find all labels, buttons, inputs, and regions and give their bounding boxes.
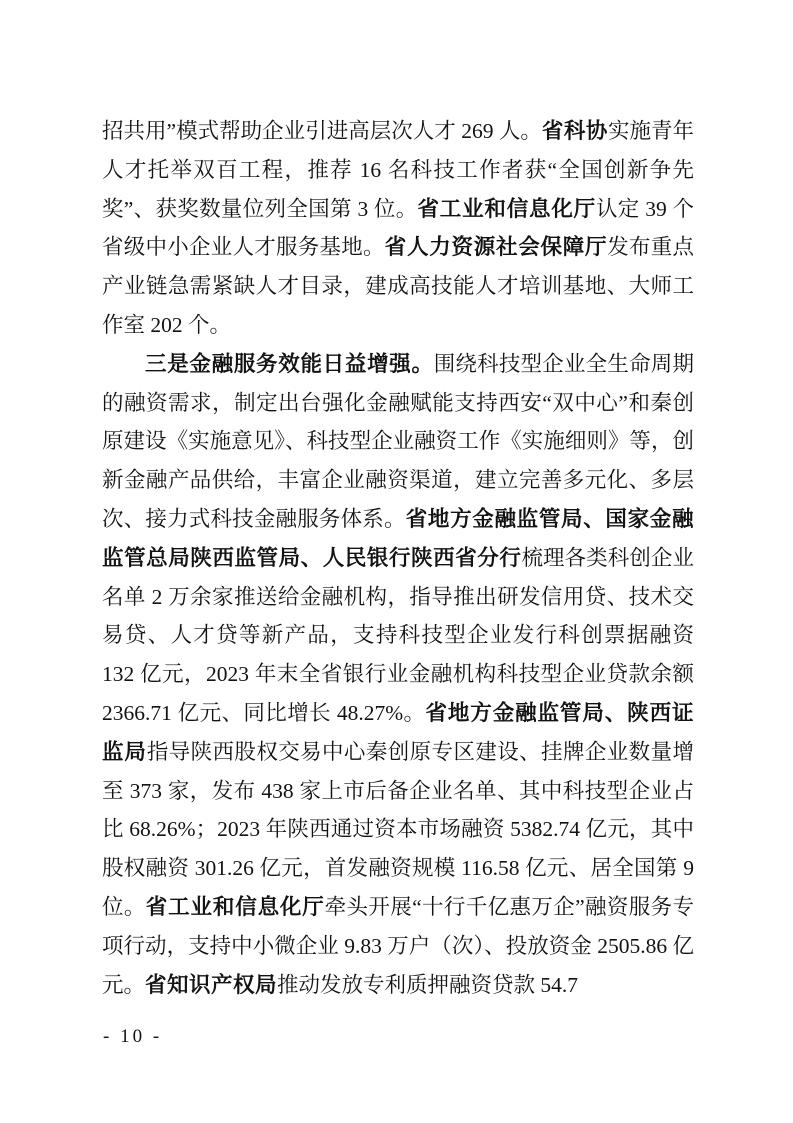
org-name-bold-run: 省工业和信息化厅 (146, 895, 325, 919)
org-name-bold-run: 省科协 (542, 119, 608, 143)
org-name-bold-run: 省知识产权局 (145, 973, 277, 997)
paragraph: 三是金融服务效能日益增强。围绕科技型企业全生命周期的融资需求，制定出台强化金融赋… (102, 345, 694, 1005)
text-run: 围绕科技型企业全生命周期的融资需求，制定出台强化金融赋能支持西安“双中心”和秦创… (102, 352, 694, 531)
org-name-bold-run: 省人力资源社会保障厅 (385, 235, 607, 259)
document-page: 招共用”模式帮助企业引进高层次人才 269 人。省科协实施青年人才托举双百工程，… (0, 0, 793, 1123)
paragraph: 招共用”模式帮助企业引进高层次人才 269 人。省科协实施青年人才托举双百工程，… (102, 112, 694, 345)
org-name-bold-run: 省工业和信息化厅 (418, 197, 596, 221)
text-run: 梳理各类科创企业名单 2 万余家推送给金融机构，指导推出研发信用贷、技术交易贷、… (102, 546, 694, 725)
org-name-bold-run: 三是金融服务效能日益增强。 (145, 352, 434, 376)
text-run: 招共用”模式帮助企业引进高层次人才 269 人。 (102, 119, 542, 143)
document-body: 招共用”模式帮助企业引进高层次人才 269 人。省科协实施青年人才托举双百工程，… (102, 112, 694, 1004)
page-footer: - 10 - (103, 1026, 162, 1048)
text-run: 推动发放专利质押融资贷款 54.7 (277, 973, 578, 997)
page-number: - 10 - (103, 1026, 162, 1047)
text-run: 指导陕西股权交易中心秦创原专区建设、挂牌企业数量增至 373 家，发布 438 … (102, 740, 694, 919)
